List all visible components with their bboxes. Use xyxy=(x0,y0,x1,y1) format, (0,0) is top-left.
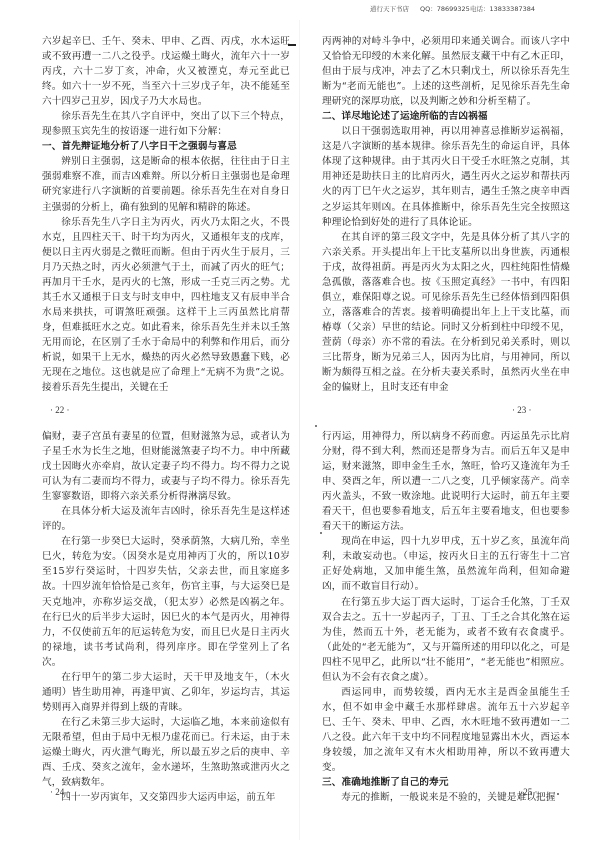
section-heading: 二、详尽地论述了运途所临的吉凶祸福 xyxy=(322,109,570,124)
shop-qq: QQ：78699325 xyxy=(420,4,470,13)
section-heading: 一、首先辩证地分析了八字日干之强弱与喜忌 xyxy=(42,139,290,154)
body-paragraph: 四十一岁丙寅年，又交第四步大运丙申运，前五年 xyxy=(42,790,290,805)
page-25-body: 行丙运，用神得力，所以病身不药而愈。丙运虽先示比肩分财，得不到大利，然而还是帮身… xyxy=(322,429,570,799)
body-paragraph: 在行第一步癸巳大运时，癸承荫煞，大病几殆，幸坐巳火，转危为安。（因癸水是克用神丙… xyxy=(42,534,290,669)
body-paragraph: 六岁起辛巳、壬午、癸未、甲申、乙酉、丙戌，水木运旺或不致再遭一二八之役乎。戊运燥… xyxy=(42,34,290,109)
page-23-body: 丙两神的对峙斗争中，必须用印来通关调合。而该八字中又恰恰无印绶的木来化解。虽然辰… xyxy=(322,34,570,404)
scan-speck xyxy=(315,425,317,427)
scan-watermark-header: 道行天下书店 QQ：78699325 电话：13833387384 xyxy=(0,4,600,16)
body-paragraph: 在行第五步大运丁酉大运时，丁运合壬化煞，丁壬双双合去之。五十一岁起丙子，丁丑、丁… xyxy=(322,595,570,685)
page-number-24: · 24 · xyxy=(50,787,70,797)
body-paragraph: 在行乙未第三步大运时，大运临乙地，本来前途似有无限希望，但由于局中无根乃虚花而已… xyxy=(42,715,290,790)
page-22-body: 六岁起辛巳、壬午、癸未、甲申、乙酉、丙戌，水木运旺或不致再遭一二八之役乎。戊运燥… xyxy=(42,34,290,404)
page-number-22: · 22 · xyxy=(50,405,70,415)
body-paragraph: 徐乐吾先生八字日主为丙火，丙火乃太阳之火，不畏水克，且四柱天干、时干均为丙火，又… xyxy=(42,215,290,396)
scan-speck xyxy=(557,793,559,795)
page-number-25: · 25 · xyxy=(518,787,538,797)
shop-name: 道行天下书店 xyxy=(370,4,409,13)
body-paragraph: 偏财，妻子宫虽有妻星的位置，但财滋煞为忌，或者认为子星壬水为长生之地，但财能滋煞… xyxy=(42,429,290,504)
body-paragraph: 酉运同申，而势较缓，酉内无水主是酉金虽能生壬水，但不如申金中藏壬水那样肆虐。流年… xyxy=(322,685,570,775)
body-paragraph: 在其自评的第三段文字中，先是具体分析了其八字的六亲关系。开头提出年上干比支墓所以… xyxy=(322,230,570,396)
page-24-body: 偏财，妻子宫虽有妻星的位置，但财滋煞为忌，或者认为子星壬水为长生之地，但财能滋煞… xyxy=(42,429,290,799)
body-paragraph: 在行甲午的第二步大运时，天干甲及地支午，（木火通明）皆生助用神，再逢甲寅、乙卯年… xyxy=(42,670,290,715)
scan-speck xyxy=(320,532,322,534)
body-paragraph: 徐乐吾先生在其八字自评中，突出了以下三个特点，现参照玉宾先生的按语逐一进行如下分… xyxy=(42,109,290,139)
page-number-23: · 23 · xyxy=(512,405,532,415)
body-paragraph: 以日干强弱选取用神，再以用神喜忌推断岁运祸福，这是八字演断的基本规律。徐乐吾先生… xyxy=(322,124,570,229)
body-paragraph: 现尚在申运，四十九岁甲戌，五十岁乙亥，虽流年尚利，未敢妄动也。（申运，按丙火日主… xyxy=(322,534,570,594)
body-paragraph: 辨别日主强弱，这是断命的根本依据，往往由于日主强弱难察不准，而吉凶难辩。所以分析… xyxy=(42,154,290,214)
page-fold xyxy=(299,20,300,840)
body-paragraph: 在具体分析大运及流年吉凶时，徐乐吾先生是这样述评的。 xyxy=(42,504,290,534)
shop-phone: 电话：13833387384 xyxy=(470,4,535,13)
body-paragraph: 行丙运，用神得力，所以病身不药而愈。丙运虽先示比肩分财，得不到大利，然而还是帮身… xyxy=(322,429,570,534)
body-paragraph: 丙两神的对峙斗争中，必须用印来通关调合。而该八字中又恰恰无印绶的木来化解。虽然辰… xyxy=(322,34,570,109)
